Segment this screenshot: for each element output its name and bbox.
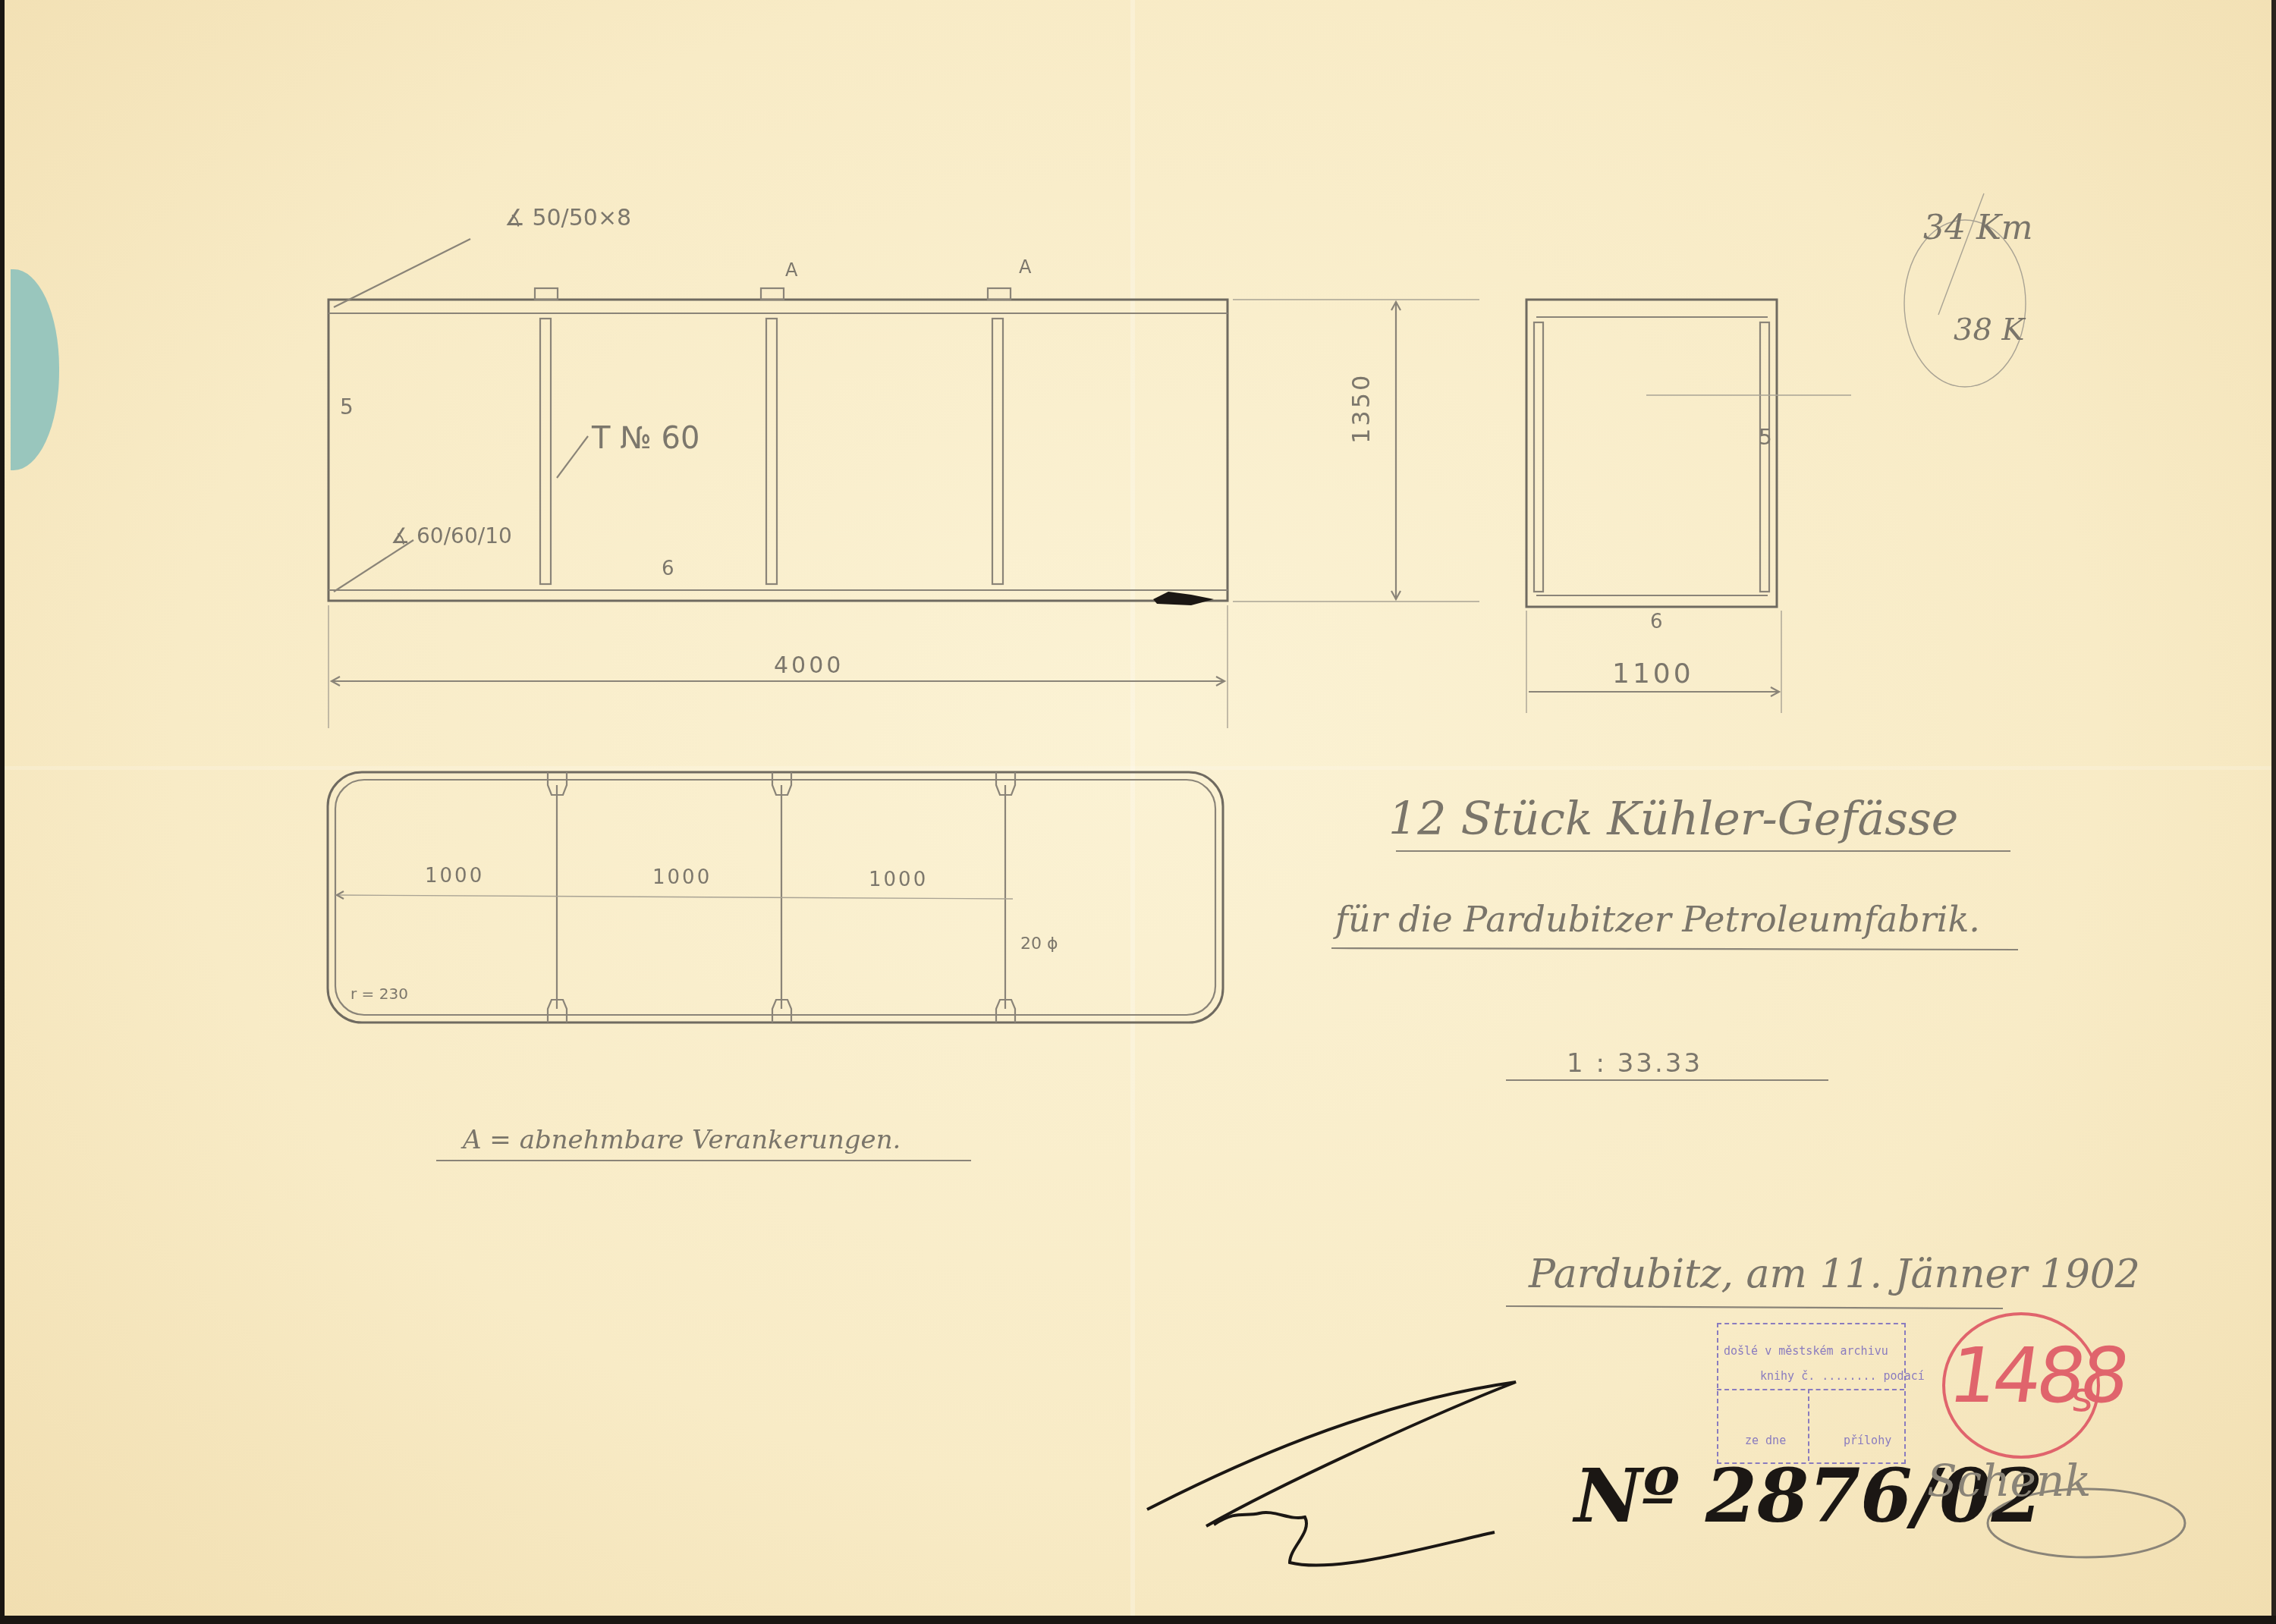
end-wall-thickness: 5 xyxy=(1759,425,1772,450)
title-line-2: für die Pardubitzer Petroleumfabrik. xyxy=(1335,899,1980,940)
scale-label: 1 : 33.33 xyxy=(1567,1048,1702,1079)
registry-line-1: došlé v městském archivu xyxy=(1724,1344,1888,1358)
anchor-label-2: A xyxy=(1019,256,1031,278)
plan-view xyxy=(328,772,1223,1022)
end-bottom-thickness: 6 xyxy=(1650,611,1663,633)
registry-cell-left: ze dne xyxy=(1745,1434,1786,1447)
side-wall-thickness: 5 xyxy=(340,394,354,419)
registry-cell-right: přílohy xyxy=(1844,1434,1891,1447)
red-stamp-suffix: s xyxy=(2071,1373,2092,1421)
legend-note: A = abnehmbare Verankerungen. xyxy=(463,1125,901,1155)
registry-stamp-divider-vertical xyxy=(1808,1389,1809,1461)
weight-note-line2: 38 K xyxy=(1954,313,2025,347)
spacing-2: 1000 xyxy=(652,866,712,889)
side-view xyxy=(329,239,1479,728)
place-date: Pardubitz, am 11. Jänner 1902 xyxy=(1529,1252,2140,1297)
end-view xyxy=(1526,193,2026,713)
bottom-wall-thickness: 6 xyxy=(662,558,674,580)
rod-diameter: 20 ϕ xyxy=(1020,935,1058,953)
weight-note-line1: 34 Km xyxy=(1923,209,2033,247)
corner-radius: r = 230 xyxy=(351,985,408,1003)
height-dimension: 1350 xyxy=(1347,373,1375,444)
pencil-signature: Schenk xyxy=(1927,1455,2091,1506)
title-line-1: 12 Stück Kühler-Gefässe xyxy=(1388,793,1958,846)
width-dimension: 1100 xyxy=(1612,658,1694,689)
angle-top-label: ∡ 50/50×8 xyxy=(505,205,631,231)
t-profile-label: T № 60 xyxy=(592,421,699,456)
red-stamp-number: 1488 xyxy=(1944,1331,2131,1420)
registry-line-2: knihy č. ........ podací xyxy=(1760,1369,1925,1383)
anchor-label-1: A xyxy=(785,259,797,281)
length-dimension: 4000 xyxy=(774,652,844,679)
spacing-3: 1000 xyxy=(869,869,928,891)
ink-signature-left xyxy=(1147,1382,1516,1566)
angle-bottom-label: ∡ 60/60/10 xyxy=(391,523,512,548)
registry-stamp-divider xyxy=(1717,1389,1904,1390)
spacing-1: 1000 xyxy=(425,865,484,887)
